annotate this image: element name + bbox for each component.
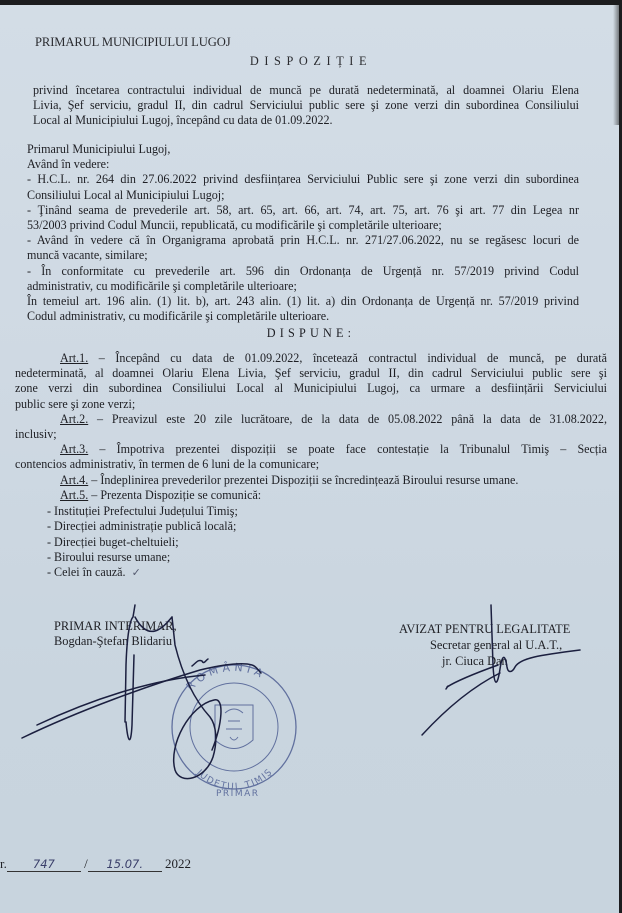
article-text: – Îndeplinirea prevederilor prezentei Di… xyxy=(88,473,518,487)
article-5: Art.5. – Prezenta Dispoziție se comunică… xyxy=(15,488,607,503)
subject-line: privind încetarea contractului individua… xyxy=(33,83,579,98)
registry-prefix: r. xyxy=(0,856,7,871)
legality-signature-block: AVIZAT PENTRU LEGALITATE Secretar genera… xyxy=(399,621,570,669)
article-continuation: contencios administrativ, în termen de 6… xyxy=(15,457,607,472)
article-text: – Prezenta Dispoziție se comunică: xyxy=(88,488,261,502)
article-text: – Împotriva prezentei dispoziții se poat… xyxy=(88,442,607,456)
recipient-text: - Celei în cauză. xyxy=(47,565,126,579)
article-label: Art.1. xyxy=(60,351,88,365)
recipient-text: - Instituției Prefectului Județului Timi… xyxy=(47,504,238,518)
mayor-signature-block: PRIMAR INTERIMAR, Bogdan-Ştefan Blidariu xyxy=(54,619,177,649)
document-subject: privind încetarea contractului individua… xyxy=(33,83,579,129)
considerent-line: administrativ, cu modificările şi comple… xyxy=(27,279,579,294)
mayor-name: Bogdan-Ştefan Blidariu xyxy=(54,634,177,649)
article-continuation: zone verzi din subordinea Consiliului Lo… xyxy=(15,381,607,396)
subject-line: Livia, Şef serviciu, gradul II, din cadr… xyxy=(33,98,579,113)
dispune-heading: DISPUNE: xyxy=(0,326,619,341)
considerent-line: - Ţinând seama de prevederile art. 58, a… xyxy=(27,203,579,218)
recipient-item: - Celei în cauză.✓ xyxy=(47,565,407,580)
article-label: Art.2. xyxy=(60,412,88,426)
registry-number: r.747 /15.07. 2022 xyxy=(0,856,191,872)
recipient-item: - Biroului resurse umane; xyxy=(47,550,407,565)
legality-heading: AVIZAT PENTRU LEGALITATE xyxy=(399,621,570,637)
article-label: Art.3. xyxy=(60,442,88,456)
recipient-text: - Biroului resurse umane; xyxy=(47,550,170,564)
secretary-role: Secretar general al U.A.T., xyxy=(399,637,570,653)
registry-date-value: 15.07. xyxy=(88,857,162,872)
stamp-bottom-text: PRIMAR xyxy=(216,789,260,799)
article-continuation: inclusiv; xyxy=(15,427,607,442)
considerent-line: muncă vacante, similare; xyxy=(27,248,579,263)
article-text: – Preavizul este 20 zile lucrătoare, de … xyxy=(88,412,607,426)
stamp-top-text: ROMÂNIA xyxy=(184,661,268,694)
considerent-line: - În conformitate cu prevederile art. 59… xyxy=(27,264,579,279)
registry-number-value: 747 xyxy=(7,857,81,872)
document-page: PRIMARUL MUNICIPIULUI LUGOJ DISPOZIȚIE p… xyxy=(0,5,619,913)
secretary-name: jr. Ciuca Dan xyxy=(399,653,570,669)
considerent-line: În temeiul art. 196 alin. (1) lit. b), a… xyxy=(27,294,579,309)
considerent-line: Consiliului Local al Municipiului Lugoj; xyxy=(27,188,579,203)
considerent-line: Codul administrativ, cu modificările şi … xyxy=(27,309,579,324)
considerent-line: 53/2003 privind Codul Muncii, republicat… xyxy=(27,218,579,233)
considerent-line: - H.C.L. nr. 264 din 27.06.2022 privind … xyxy=(27,172,579,187)
article-continuation: nedeterminată, al doamnei Olariu Elena L… xyxy=(15,366,607,381)
communication-list: - Instituției Prefectului Județului Timi… xyxy=(47,504,407,580)
subject-line: Local al Municipiului Lugoj, începând cu… xyxy=(33,113,579,128)
registry-year: 2022 xyxy=(165,856,191,871)
article-label: Art.4. xyxy=(60,473,88,487)
article-text: – Începând cu data de 01.09.2022, încete… xyxy=(88,351,607,365)
considerent-line: Având în vedere: xyxy=(27,157,579,172)
recipient-item: - Instituției Prefectului Județului Timi… xyxy=(47,504,407,519)
mayor-role: PRIMAR INTERIMAR, xyxy=(54,619,177,634)
considerent-line: - Având în vedere că în Organigrama apro… xyxy=(27,233,579,248)
document-title: DISPOZIȚIE xyxy=(0,54,619,69)
article-2: Art.2. – Preavizul este 20 zile lucrătoa… xyxy=(15,412,607,427)
issuer-header: PRIMARUL MUNICIPIULUI LUGOJ xyxy=(35,35,231,50)
considerents-section: Primarul Municipiului Lugoj,Având în ved… xyxy=(27,142,579,324)
article-3: Art.3. – Împotriva prezentei dispoziții … xyxy=(15,442,607,457)
checkmark-icon: ✓ xyxy=(132,566,141,579)
article-4: Art.4. – Îndeplinirea prevederilor preze… xyxy=(15,473,607,488)
recipient-item: - Direcției buget-cheltuieli; xyxy=(47,535,407,550)
article-1: Art.1. – Începând cu data de 01.09.2022,… xyxy=(15,351,607,366)
articles-section: Art.1. – Începând cu data de 01.09.2022,… xyxy=(15,351,607,503)
recipient-text: - Direcției buget-cheltuieli; xyxy=(47,535,179,549)
recipient-text: - Direcției administrație publică locală… xyxy=(47,519,236,533)
article-label: Art.5. xyxy=(60,488,88,502)
recipient-item: - Direcției administrație publică locală… xyxy=(47,519,407,534)
article-continuation: public sere şi zone verzi; xyxy=(15,397,607,412)
considerent-line: Primarul Municipiului Lugoj, xyxy=(27,142,579,157)
svg-text:ROMÂNIA: ROMÂNIA xyxy=(184,661,268,694)
